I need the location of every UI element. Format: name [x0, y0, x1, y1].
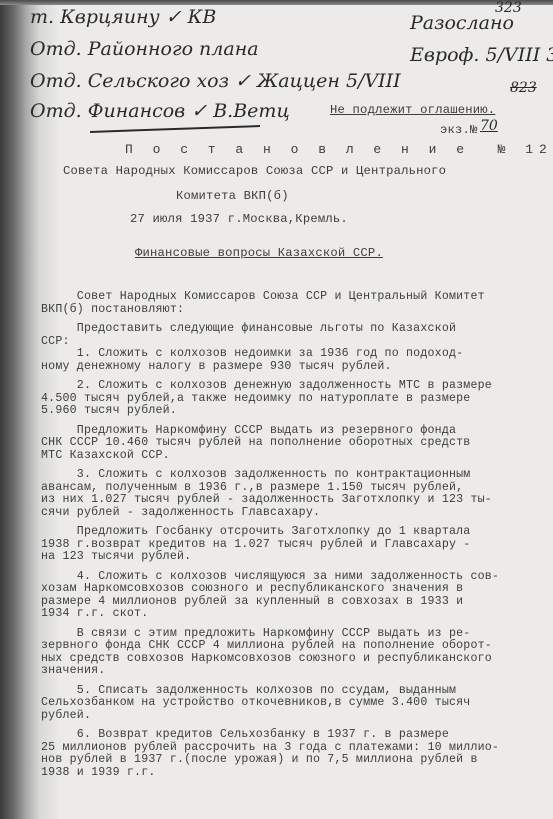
document-title: П о с т а н о в л е н и е № 1209 [125, 142, 553, 157]
page-number-struck: 823 [510, 80, 537, 96]
body-line: В связи с этим предложить Наркомфину ССС… [41, 627, 470, 640]
issuer-line-2: Комитета ВКП(б) [176, 189, 289, 203]
body-line: 2. Сложить с колхозов денежную задолженн… [41, 379, 492, 392]
body-line: Предложить Госбанку отсрочить Заготхлопк… [41, 525, 470, 538]
body-line: СНК СССР 10.460 тысяч рублей на пополнен… [41, 436, 470, 449]
body-line: 5. Списать задолженность колхозов по ссу… [41, 684, 456, 697]
body-line: МТС Казахской ССР. [41, 449, 170, 462]
body-line: рублей. [41, 709, 91, 722]
body-line: 1. Сложить с колхозов недоимки за 1936 г… [41, 347, 463, 360]
body-line: Предоставить следующие финансовые льготы… [41, 322, 456, 335]
classification-stamp: Не подлежит оглашению. [330, 103, 495, 117]
scan-edge [0, 0, 553, 5]
page-number-top: 323 [495, 0, 522, 16]
body-line: на 123 тысячи рублей. [41, 550, 191, 563]
body-line: хозам Наркомсовхозов союзного и республи… [41, 582, 463, 595]
body-line: авансам, полученным в 1936 г.,в размере … [41, 481, 463, 494]
handwritten-line-3: Отд. Сельского хоз ✓ Жаццен 5/VIII [30, 70, 401, 92]
body-line: значения. [41, 664, 105, 677]
body-line: 4. Сложить с колхозов числящуюся за ними… [41, 570, 499, 583]
body-line: размере 4 миллионов рублей за купленный … [41, 595, 463, 608]
body-line: ных средств совхозов Наркомсовхозов союз… [41, 652, 492, 665]
body-line: из них 1.027 тысяч рублей - задолженност… [41, 493, 492, 506]
body-line: 25 миллионов рублей рассрочить на 3 года… [41, 741, 499, 754]
copy-number-label: экз.№ [440, 123, 478, 137]
body-line: 4.500 тысяч рублей,а также недоимку по н… [41, 392, 470, 405]
body-line: нов рублей в 1937 г.(после урожая) и по … [41, 753, 478, 766]
body-line: 5.960 тысяч рублей. [41, 404, 177, 417]
handwritten-line-2: Отд. Районного плана [30, 38, 259, 60]
body-line: сячи рублей - задолженность Главсахару. [41, 506, 320, 519]
body-line: 1938 и 1939 г.г. [41, 766, 156, 779]
body-line: Сельхозбанком на устройство откочевников… [41, 696, 470, 709]
body-line: 1934 г.г. скот. [41, 607, 148, 620]
handwritten-date-note: Евроф. 5/VIII 37 [410, 44, 553, 66]
document-subject: Финансовые вопросы Казахской ССР. [135, 246, 383, 260]
body-line: Предложить Наркомфину СССР выдать из рез… [41, 424, 456, 437]
body-line: ССР: [41, 335, 70, 348]
body-line: 6. Возврат кредитов Сельхозбанку в 1937 … [41, 728, 449, 741]
body-line: ному денежному налогу в размере 930 тыся… [41, 360, 392, 373]
body-line: ВКП(б) постановляют: [41, 303, 184, 316]
body-line: зервного фонда СНК СССР 4 миллиона рубле… [41, 639, 492, 652]
body-line: 3. Сложить с колхозов задолженность по к… [41, 468, 470, 481]
issuer-line-1: Совета Народных Комиссаров Союза ССР и Ц… [63, 164, 446, 178]
copy-number: 70 [480, 118, 498, 134]
handwritten-line-4: Отд. Финансов ✓ В.Ветц [30, 100, 290, 122]
body-line: 1938 г.возврат кредитов на 1.027 тысяч р… [41, 538, 470, 551]
date-place: 27 июля 1937 г.Москва,Кремль. [130, 212, 348, 226]
handwritten-line-1: т. Кврцяину ✓ КВ [30, 6, 216, 28]
body-line: Совет Народных Комиссаров Союза ССР и Це… [41, 290, 485, 303]
